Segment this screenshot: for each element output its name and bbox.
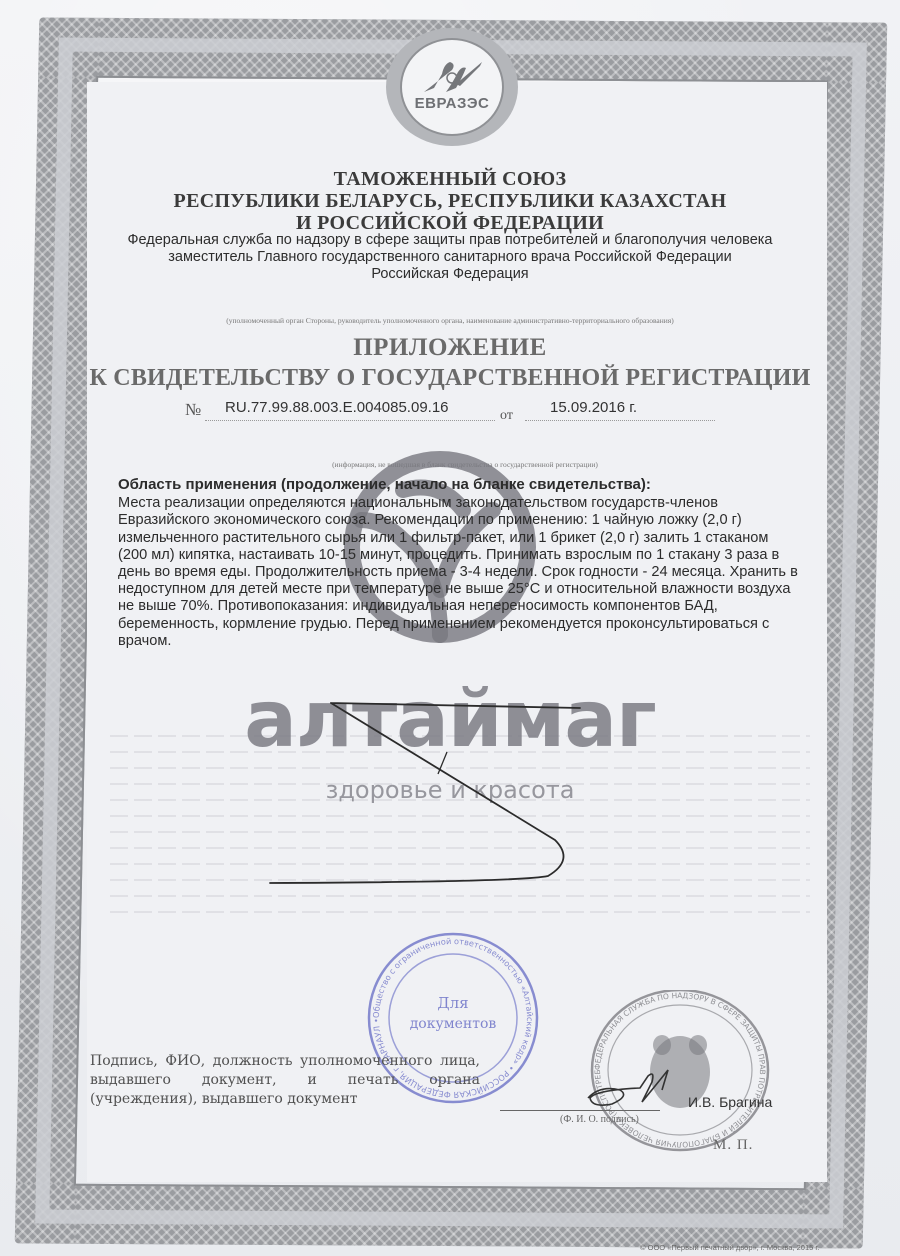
signatory-name: И.В. Брагина bbox=[688, 1094, 772, 1110]
signature-line bbox=[500, 1110, 660, 1111]
fio-caption: (Ф. И. О. подпись) bbox=[560, 1114, 639, 1125]
signature-caption: Подпись, ФИО, должность уполномоченного … bbox=[90, 1052, 480, 1109]
stamp-place-label: М. П. bbox=[713, 1137, 753, 1154]
printer-copyright: © ООО «Первый печатный двор», г. Москва,… bbox=[640, 1243, 819, 1252]
